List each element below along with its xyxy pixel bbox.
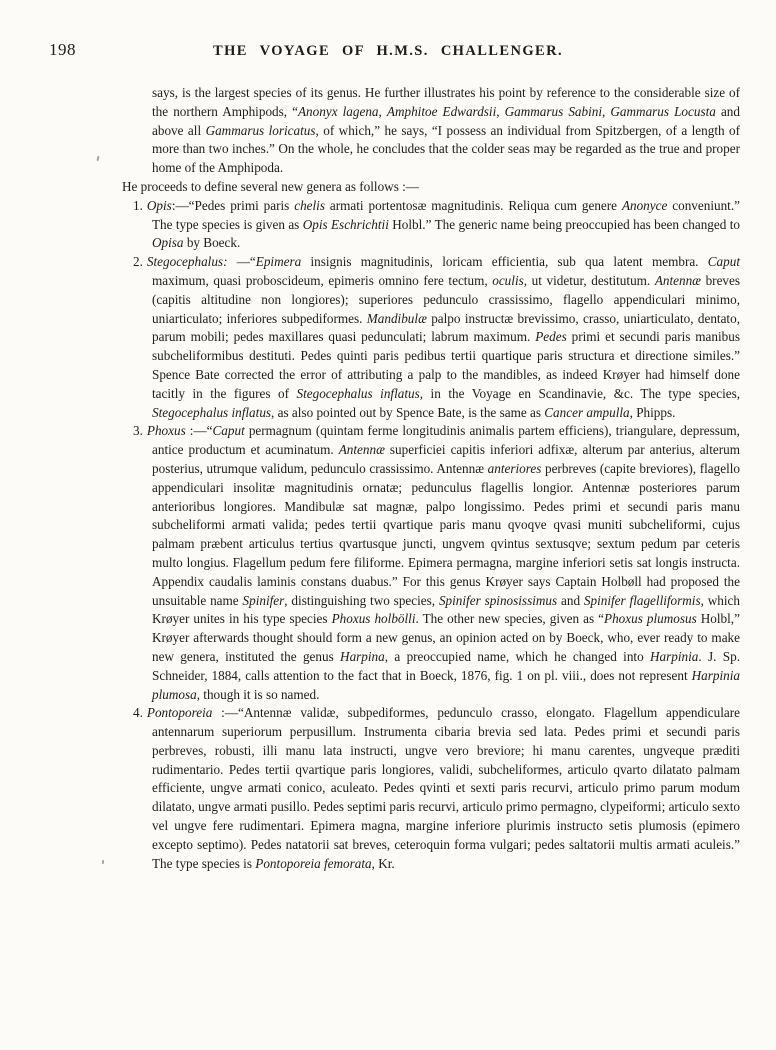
paragraph-intro: says, is the largest species of its genu… (152, 84, 740, 178)
paragraph-proceeds-text: He proceeds to define several new genera… (122, 179, 419, 194)
paragraph-proceeds: He proceeds to define several new genera… (152, 178, 740, 197)
page-content: says, is the largest species of its genu… (152, 84, 740, 873)
genus-item-opis: 1.Opis:—“Pedes primi paris chelis armati… (152, 197, 740, 253)
running-title: THE VOYAGE OF H.M.S. CHALLENGER. (0, 43, 776, 60)
item-text: Phoxus :—“Caput permagnum (quintam ferme… (147, 423, 740, 701)
item-number: 3. (133, 423, 143, 438)
genus-item-pontoporeia: 4.Pontoporeia :—“Antennæ validæ, subpedi… (152, 704, 740, 873)
item-number: 2. (133, 254, 143, 269)
genus-item-phoxus: 3.Phoxus :—“Caput permagnum (quintam fer… (152, 422, 740, 704)
item-text: Pontoporeia :—“Antennæ validæ, subpedifo… (147, 705, 740, 870)
scan-artifact (97, 156, 100, 161)
item-number: 4. (133, 705, 143, 720)
item-number: 1. (133, 198, 143, 213)
genus-item-stegocephalus: 2.Stegocephalus: —“Epimera insignis magn… (152, 253, 740, 422)
item-text: Opis:—“Pedes primi paris chelis armati p… (147, 198, 740, 251)
item-text: Stegocephalus: —“Epimera insignis magnit… (147, 254, 740, 419)
book-page: 198 THE VOYAGE OF H.M.S. CHALLENGER. say… (0, 0, 776, 1050)
paragraph-intro-text: says, is the largest species of its genu… (152, 85, 740, 175)
scan-artifact (102, 860, 105, 864)
